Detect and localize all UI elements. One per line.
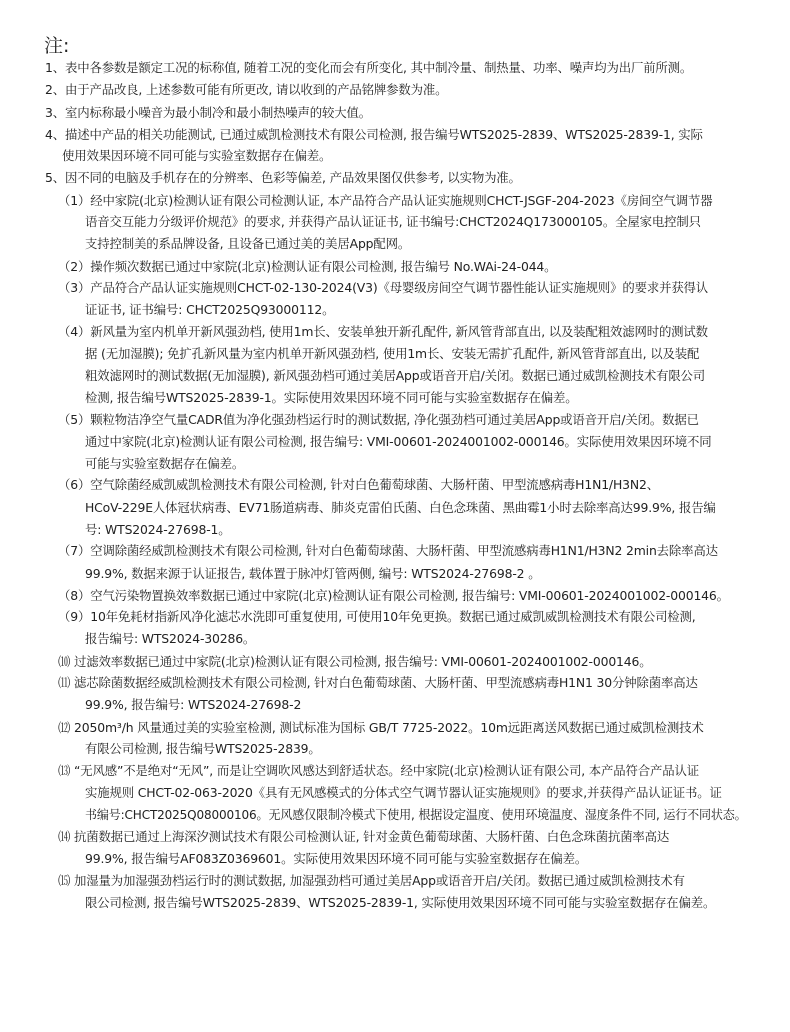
- note-line: 2、由于产品改良, 上述参数可能有所更改, 请以收到的产品铭牌参数为准。: [45, 82, 447, 98]
- note-line: （1）经中家院(北京)检测认证有限公司检测认证, 本产品符合产品认证实施规则CH…: [58, 193, 712, 209]
- note-line: （9）10年免耗材指新风净化滤芯水洗即可重复使用, 可使用10年免更换。数据已通…: [58, 609, 696, 625]
- note-line: （3）产品符合产品认证实施规则CHCT-02-130-2024(V3)《母婴级房…: [58, 280, 708, 296]
- note-line: （7）空调除菌经威凯检测技术有限公司检测, 针对白色葡萄球菌、大肠杆菌、甲型流感…: [58, 543, 718, 559]
- note-line: ⑽ 过滤效率数据已通过中家院(北京)检测认证有限公司检测, 报告编号: VMI-…: [58, 654, 652, 670]
- note-line: 99.9%, 报告编号: WTS2024-27698-2: [85, 697, 301, 713]
- notes-title: 注:: [44, 34, 69, 58]
- note-line: 通过中家院(北京)检测认证有限公司检测, 报告编号: VMI-00601-202…: [85, 434, 711, 450]
- note-line: 限公司检测, 报告编号WTS2025-2839、WTS2025-2839-1, …: [85, 895, 715, 911]
- note-line: 有限公司检测, 报告编号WTS2025-2839。: [85, 741, 321, 757]
- note-line: 报告编号: WTS2024-30286。: [85, 631, 255, 647]
- note-line: ⑿ 2050m³/h 风量通过美的实验室检测, 测试标准为国标 GB/T 772…: [58, 720, 704, 736]
- note-line: 实施规则 CHCT-02-063-2020《具有无风感模式的分体式空气调节器认证…: [85, 785, 722, 801]
- note-line: 语音交互能力分级评价规范》的要求, 并获得产品认证证书, 证书编号:CHCT20…: [85, 214, 701, 230]
- note-line: （2）操作频次数据已通过中家院(北京)检测认证有限公司检测, 报告编号 No.W…: [58, 259, 556, 275]
- note-line: 5、因不同的电脑及手机存在的分辨率、色彩等偏差, 产品效果图仅供参考, 以实物为…: [45, 170, 521, 186]
- note-line: ⑾ 滤芯除菌数据经威凯检测技术有限公司检测, 针对白色葡萄球菌、大肠杆菌、甲型流…: [58, 675, 698, 691]
- note-line: 证证书, 证书编号: CHCT2025Q93000112。: [85, 302, 334, 318]
- note-line: 号: WTS2024-27698-1。: [85, 522, 231, 538]
- note-line: 检测, 报告编号WTS2025-2839-1。实际使用效果因环境不同可能与实验室…: [85, 390, 578, 406]
- note-line: （6）空气除菌经威凯威凯检测技术有限公司检测, 针对白色葡萄球菌、大肠杆菌、甲型…: [58, 477, 659, 493]
- note-line: 99.9%, 报告编号AF083Z0369601。实际使用效果因环境不同可能与实…: [85, 851, 587, 867]
- note-line: 99.9%, 数据来源于认证报告, 载体置于脉冲灯管两侧, 编号: WTS202…: [85, 566, 540, 582]
- note-line: 可能与实验室数据存在偏差。: [85, 456, 244, 472]
- note-line: 3、室内标称最小噪音为最小制冷和最小制热噪声的较大值。: [45, 105, 371, 121]
- note-line: ⒂ 加湿量为加湿强劲档运行时的测试数据, 加湿强劲档可通过美居App或语音开启/…: [58, 873, 685, 889]
- note-line: （5）颗粒物洁净空气量CADR值为净化强劲档运行时的测试数据, 净化强劲档可通过…: [58, 412, 699, 428]
- note-line: ⒀ “无风感”不是绝对“无风”, 而是让空调吹风感达到舒适状态。经中家院(北京)…: [58, 763, 699, 779]
- note-line: 4、描述中产品的相关功能测试, 已通过威凯检测技术有限公司检测, 报告编号WTS…: [45, 127, 703, 143]
- note-line: （4）新风量为室内机单开新风强劲档, 使用1m长、安装单独开新孔配件, 新风管背…: [58, 324, 708, 340]
- note-line: （8）空气污染物置换效率数据已通过中家院(北京)检测认证有限公司检测, 报告编号…: [58, 588, 729, 604]
- note-line: 使用效果因环境不同可能与实验室数据存在偏差。: [62, 148, 331, 164]
- note-line: 书编号:CHCT2025Q08000106。无风感仅限制冷模式下使用, 根据设定…: [85, 807, 747, 823]
- note-line: 据 (无加湿膜); 免扩孔新风量为室内机单开新风强劲档, 使用1m长、安装无需扩…: [85, 346, 699, 362]
- note-line: 粗效滤网时的测试数据(无加湿膜), 新风强劲档可通过美居App或语音开启/关闭。…: [85, 368, 705, 384]
- note-line: ⒁ 抗菌数据已通过上海深汐测试技术有限公司检测认证, 针对金黄色葡萄球菌、大肠杆…: [58, 829, 669, 845]
- note-line: HCoV-229E人体冠状病毒、EV71肠道病毒、肺炎克雷伯氏菌、白色念珠菌、黑…: [85, 500, 716, 516]
- note-line: 支持控制美的系品牌设备, 且设备已通过美的美居App配网。: [85, 236, 410, 252]
- note-line: 1、表中各参数是额定工况的标称值, 随着工况的变化而会有所变化, 其中制冷量、制…: [45, 60, 692, 76]
